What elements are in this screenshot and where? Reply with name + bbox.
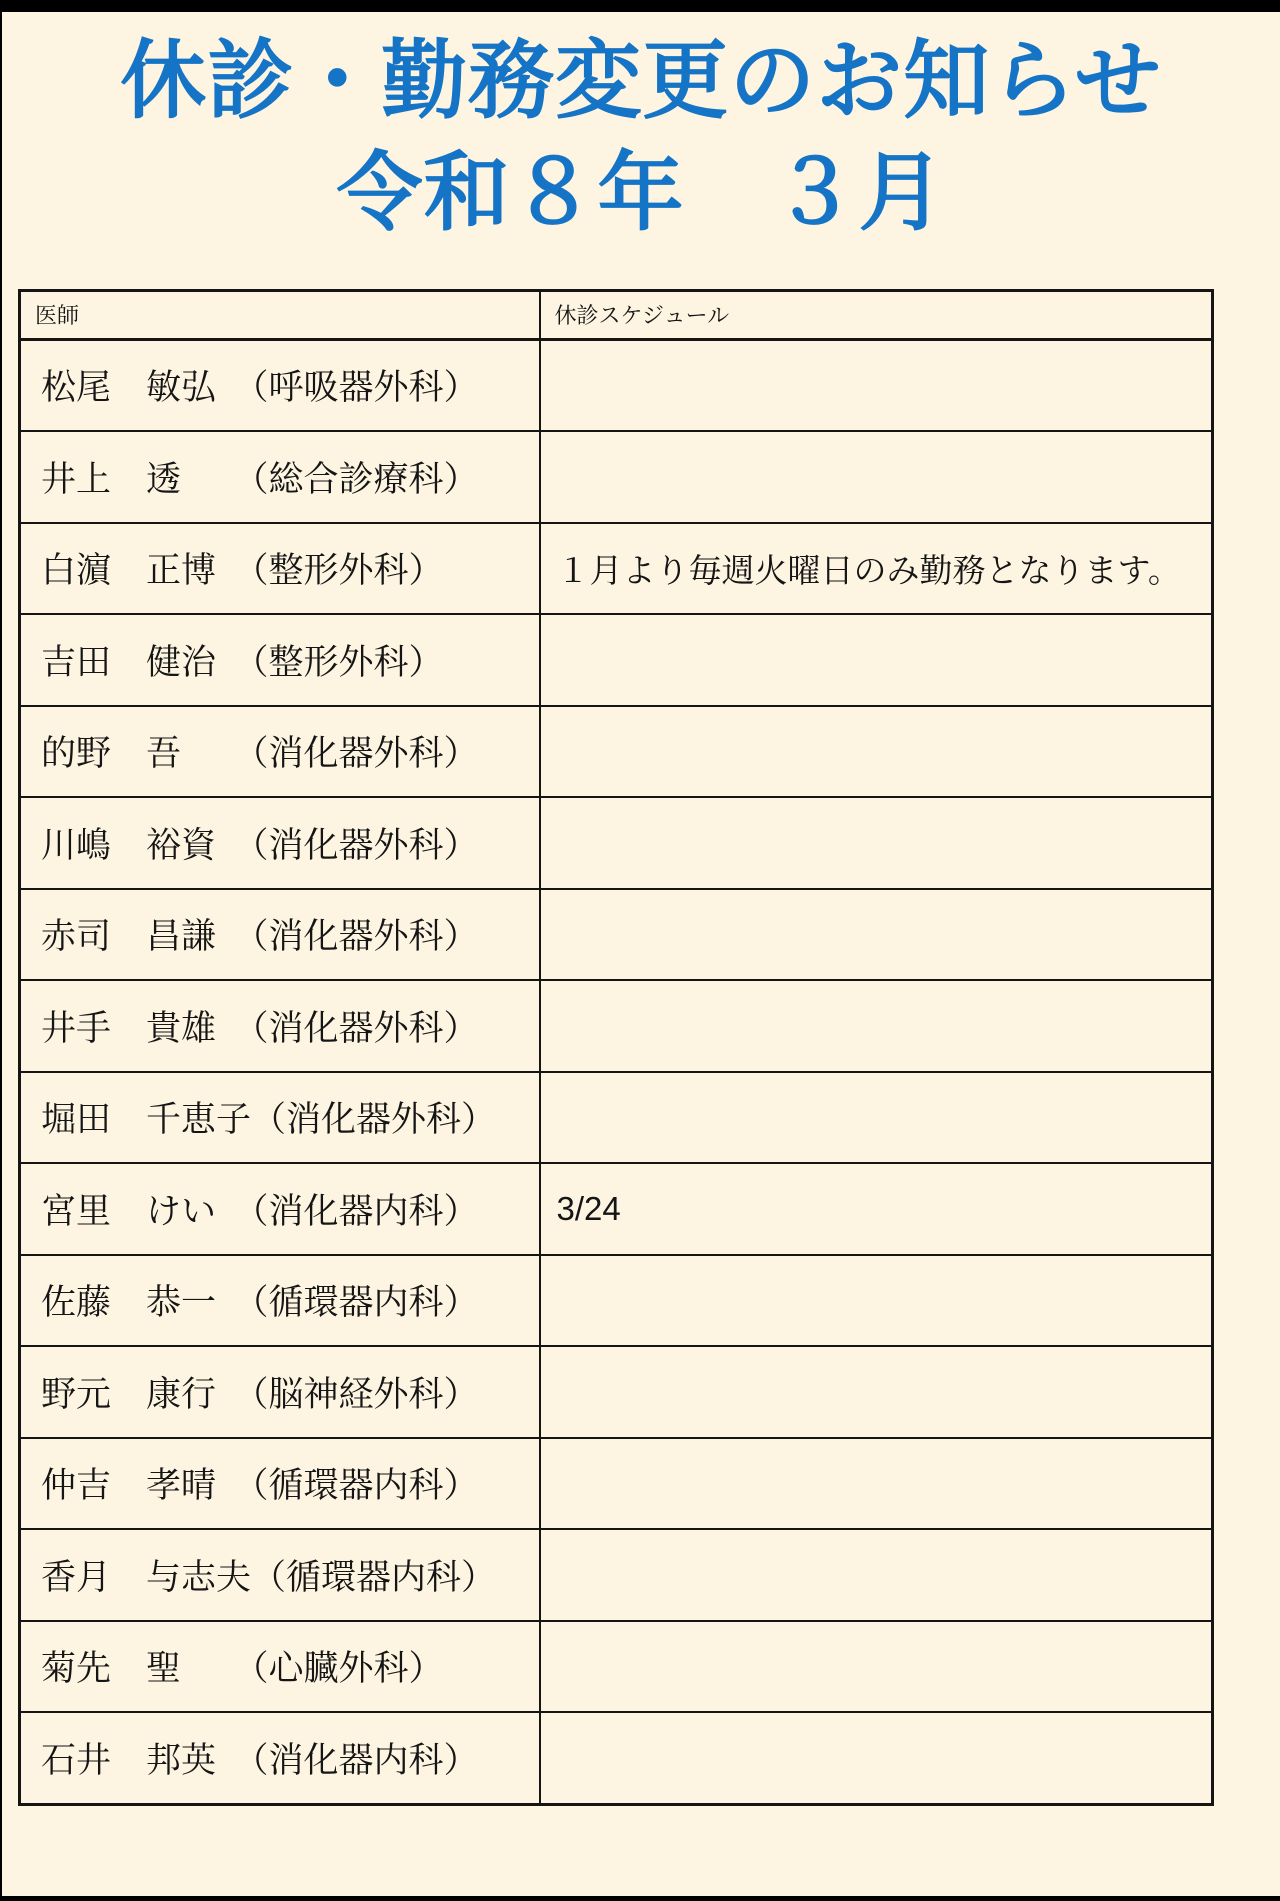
schedule-cell: 3/24 <box>540 1163 1213 1255</box>
table-row: 仲吉 孝晴 （循環器内科） <box>20 1438 1213 1530</box>
doctor-name-cell: 赤司 昌謙 （消化器外科） <box>20 889 540 981</box>
table-row: 佐藤 恭一 （循環器内科） <box>20 1255 1213 1347</box>
schedule-cell <box>540 1072 1213 1164</box>
table-row: 白濵 正博 （整形外科）１月より毎週火曜日のみ勤務となります。 <box>20 523 1213 615</box>
schedule-cell <box>540 1712 1213 1804</box>
schedule-cell <box>540 1621 1213 1713</box>
doctor-name-cell: 野元 康行 （脳神経外科） <box>20 1346 540 1438</box>
table-row: 堀田 千恵子（消化器外科） <box>20 1072 1213 1164</box>
table-row: 野元 康行 （脳神経外科） <box>20 1346 1213 1438</box>
title-block: 休診・勤務変更のお知らせ 令和８年 ３月 <box>2 12 1280 250</box>
doctor-name-cell: 松尾 敏弘 （呼吸器外科） <box>20 339 540 431</box>
table-row: 宮里 けい （消化器内科）3/24 <box>20 1163 1213 1255</box>
table-row: 吉田 健治 （整形外科） <box>20 614 1213 706</box>
schedule-cell <box>540 1346 1213 1438</box>
doctor-name-cell: 香月 与志夫（循環器内科） <box>20 1529 540 1621</box>
doctor-name-cell: 吉田 健治 （整形外科） <box>20 614 540 706</box>
schedule-cell <box>540 1529 1213 1621</box>
table-row: 松尾 敏弘 （呼吸器外科） <box>20 339 1213 431</box>
table-row: 川嶋 裕資 （消化器外科） <box>20 797 1213 889</box>
doctor-name-cell: 白濵 正博 （整形外科） <box>20 523 540 615</box>
notice-title-line2: 令和８年 ３月 <box>2 138 1280 250</box>
doctor-name-cell: 石井 邦英 （消化器内科） <box>20 1712 540 1804</box>
table-row: 菊先 聖 （心臓外科） <box>20 1621 1213 1713</box>
schedule-cell <box>540 797 1213 889</box>
schedule-cell <box>540 889 1213 981</box>
schedule-cell <box>540 706 1213 798</box>
table-row: 井手 貴雄 （消化器外科） <box>20 980 1213 1072</box>
doctor-name-cell: 的野 吾 （消化器外科） <box>20 706 540 798</box>
schedule-cell <box>540 1438 1213 1530</box>
schedule-cell <box>540 1255 1213 1347</box>
table-row: 香月 与志夫（循環器内科） <box>20 1529 1213 1621</box>
schedule-cell <box>540 980 1213 1072</box>
schedule-table-body: 松尾 敏弘 （呼吸器外科）井上 透 （総合診療科）白濵 正博 （整形外科）１月よ… <box>20 339 1213 1804</box>
table-row: 赤司 昌謙 （消化器外科） <box>20 889 1213 981</box>
table-row: 石井 邦英 （消化器内科） <box>20 1712 1213 1804</box>
schedule-table: 医師 休診スケジュール 松尾 敏弘 （呼吸器外科）井上 透 （総合診療科）白濵 … <box>18 289 1214 1806</box>
doctor-name-cell: 佐藤 恭一 （循環器内科） <box>20 1255 540 1347</box>
table-row: 的野 吾 （消化器外科） <box>20 706 1213 798</box>
table-row: 井上 透 （総合診療科） <box>20 431 1213 523</box>
doctor-name-cell: 菊先 聖 （心臓外科） <box>20 1621 540 1713</box>
table-header-row: 医師 休診スケジュール <box>20 290 1213 339</box>
schedule-cell <box>540 431 1213 523</box>
schedule-column-header: 休診スケジュール <box>540 290 1213 339</box>
doctor-name-cell: 井上 透 （総合診療科） <box>20 431 540 523</box>
doctor-name-cell: 堀田 千恵子（消化器外科） <box>20 1072 540 1164</box>
doctor-column-header: 医師 <box>20 290 540 339</box>
notice-page: 休診・勤務変更のお知らせ 令和８年 ３月 医師 休診スケジュール 松尾 敏弘 （… <box>2 12 1280 1896</box>
schedule-cell: １月より毎週火曜日のみ勤務となります。 <box>540 523 1213 615</box>
doctor-name-cell: 宮里 けい （消化器内科） <box>20 1163 540 1255</box>
doctor-name-cell: 川嶋 裕資 （消化器外科） <box>20 797 540 889</box>
doctor-name-cell: 仲吉 孝晴 （循環器内科） <box>20 1438 540 1530</box>
doctor-name-cell: 井手 貴雄 （消化器外科） <box>20 980 540 1072</box>
schedule-cell <box>540 339 1213 431</box>
notice-title-line1: 休診・勤務変更のお知らせ <box>2 26 1280 138</box>
schedule-cell <box>540 614 1213 706</box>
